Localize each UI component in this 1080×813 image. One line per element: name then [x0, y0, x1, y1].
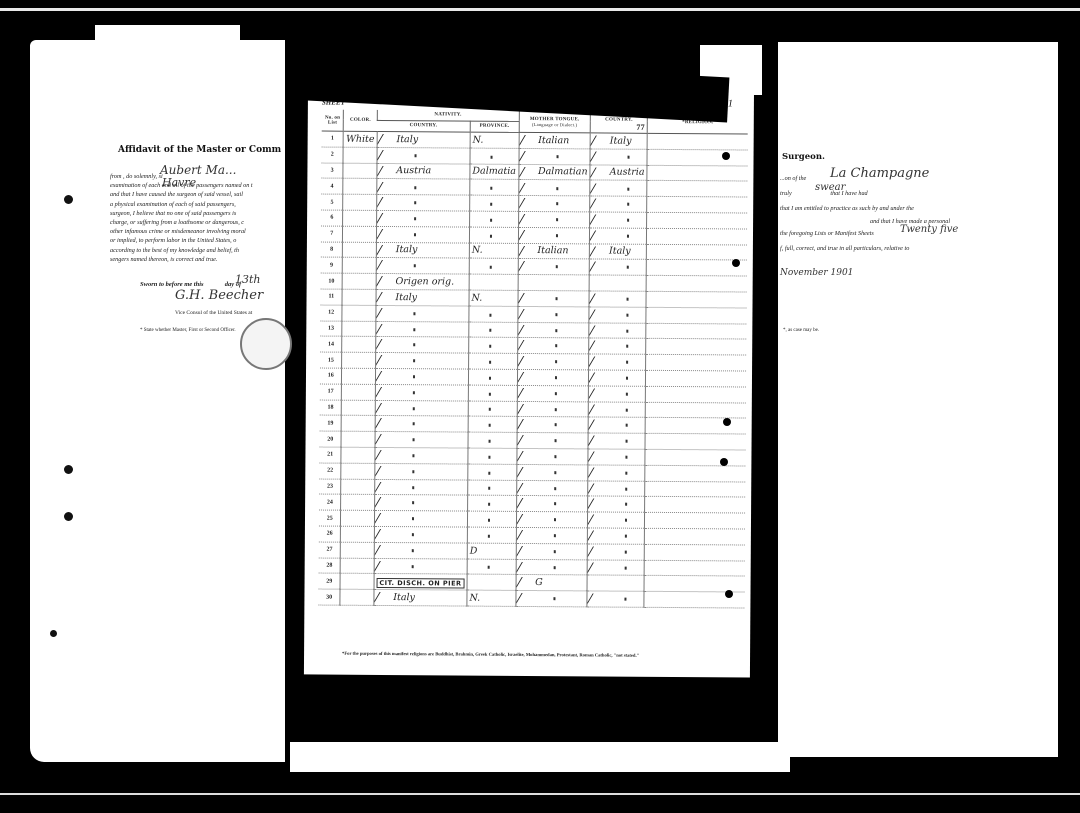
cell-color [343, 273, 376, 289]
cell-color [343, 226, 376, 242]
ditto-tick-icon [590, 183, 607, 194]
cell-country: CIT. DISCH. ON PIER [374, 574, 467, 590]
cell-color [340, 574, 373, 590]
ditto-mark-icon [412, 533, 414, 536]
ditto-tick-icon [375, 355, 392, 366]
ditto-mark-icon [554, 471, 556, 474]
ditto-mark-icon [625, 487, 627, 490]
affidavit-line: a physical examination of each of said p… [110, 200, 285, 209]
cell-religion [646, 370, 747, 386]
handwritten-entry: N. [469, 593, 480, 604]
ditto-mark-icon [413, 312, 415, 315]
ditto-mark-icon [489, 361, 491, 364]
cell-mother-tongue [516, 527, 588, 543]
cell-province [469, 322, 518, 338]
ditto-mark-icon [490, 203, 492, 206]
cell-mother-tongue [516, 496, 588, 512]
ditto-mark-icon [412, 470, 414, 473]
passenger-manifest-sheet: SHEET ARRIVED Nov 23 1901 No. on List CO… [304, 76, 754, 677]
tick-icon [589, 246, 606, 257]
cell-mother-tongue [518, 196, 590, 212]
cell-color [343, 147, 376, 163]
cell-religion [645, 497, 746, 513]
ship-name-handwritten: La Champagne [830, 166, 929, 181]
cell-color [343, 194, 376, 210]
cell-mother-tongue [517, 354, 589, 370]
cell-subject [588, 417, 645, 433]
ditto-mark-icon [626, 456, 628, 459]
ditto-mark-icon [556, 202, 558, 205]
ditto-mark-icon [489, 377, 491, 380]
ditto-mark-icon [414, 186, 416, 189]
cell-color [342, 368, 375, 384]
ditto-mark-icon [625, 535, 627, 538]
ditto-mark-icon [553, 550, 555, 553]
ditto-tick-icon [589, 262, 606, 273]
ditto-mark-icon [490, 219, 492, 222]
col-header-color: COLOR. [344, 110, 378, 132]
cell-religion [646, 244, 747, 260]
ditto-mark-icon [489, 313, 491, 316]
ditto-tick-icon [518, 198, 535, 209]
ditto-tick-icon [588, 530, 605, 541]
cell-province [467, 559, 516, 575]
ditto-mark-icon [627, 266, 629, 269]
cell-province [470, 148, 519, 164]
cell-color [342, 305, 375, 321]
cell-subject [590, 149, 647, 165]
affidavit-title: Affidavit of the Master or Comm [118, 145, 281, 155]
ditto-tick-icon [374, 545, 391, 556]
ditto-mark-icon [554, 487, 556, 490]
row-number: 9 [321, 257, 343, 273]
ditto-mark-icon [554, 424, 556, 427]
ditto-tick-icon [588, 515, 605, 526]
month-handwritten: November 1901 [780, 268, 853, 278]
right-affidavit-page [778, 42, 1058, 757]
cell-province [469, 337, 518, 353]
ditto-mark-icon [554, 455, 556, 458]
ditto-tick-icon [517, 372, 534, 383]
cell-subject [589, 386, 646, 402]
ditto-tick-icon [377, 197, 394, 208]
tick-icon [374, 592, 391, 603]
cell-subject [587, 559, 644, 575]
ditto-mark-icon [554, 518, 556, 521]
row-number: 26 [319, 526, 341, 542]
ditto-tick-icon [587, 546, 604, 557]
ink-dot [722, 152, 730, 160]
cell-country [375, 400, 468, 416]
ditto-tick-icon [375, 466, 392, 477]
cell-mother-tongue [518, 180, 590, 196]
row-number: 25 [319, 510, 341, 526]
cell-religion [646, 323, 747, 339]
cell-subject [588, 465, 645, 481]
affidavit-line: examination of each and all of the passe… [110, 181, 285, 190]
cell-subject [588, 496, 645, 512]
ditto-mark-icon [555, 266, 557, 269]
cell-province [470, 179, 519, 195]
ship-prefix: ...on of the [780, 175, 806, 182]
tick-icon [376, 292, 393, 303]
cell-country [377, 179, 470, 195]
cell-mother-tongue [517, 417, 589, 433]
cell-country: Austria [377, 163, 470, 179]
cell-mother-tongue [517, 433, 589, 449]
ditto-mark-icon [555, 313, 557, 316]
cell-mother-tongue: G [516, 575, 588, 591]
ditto-tick-icon [516, 562, 533, 573]
cell-province [468, 385, 517, 401]
ditto-mark-icon [554, 503, 556, 506]
cell-country [375, 432, 468, 448]
ditto-mark-icon [488, 471, 490, 474]
cell-mother-tongue [518, 275, 590, 291]
cell-subject [587, 575, 644, 591]
ditto-mark-icon [412, 454, 414, 457]
cell-religion [647, 133, 748, 149]
ditto-mark-icon [414, 233, 416, 236]
cell-religion [647, 197, 748, 213]
affidavit-line: charge, or suffering from a loathsome or… [110, 218, 285, 227]
cell-color [341, 510, 374, 526]
cell-country [376, 305, 469, 321]
row-number: 23 [319, 479, 341, 495]
ditto-tick-icon [376, 229, 393, 240]
cell-color [342, 352, 375, 368]
ditto-mark-icon [555, 297, 557, 300]
ditto-tick-icon [588, 436, 605, 447]
ink-dot [725, 590, 733, 598]
ditto-mark-icon [489, 329, 491, 332]
cell-color [340, 589, 373, 605]
row-number: 13 [320, 321, 342, 337]
row-number: 3 [321, 163, 343, 179]
ditto-mark-icon [625, 566, 627, 569]
ditto-tick-icon [589, 325, 606, 336]
cell-province [470, 211, 519, 227]
ditto-mark-icon [412, 565, 414, 568]
row-number: 24 [319, 494, 341, 510]
cell-subject [589, 307, 646, 323]
ditto-mark-icon [554, 439, 556, 442]
ditto-tick-icon [517, 435, 534, 446]
handwritten-entry: Dalmatia [472, 166, 516, 177]
ship-line: ...on of the [780, 175, 806, 182]
cell-religion [644, 544, 745, 560]
swear-handwritten: swear [815, 182, 845, 193]
cell-mother-tongue [516, 559, 588, 575]
ditto-tick-icon [516, 530, 533, 541]
ditto-tick-icon [587, 562, 604, 573]
cell-mother-tongue [518, 211, 590, 227]
cell-color [343, 242, 376, 258]
punch-hole [64, 465, 73, 474]
ditto-mark-icon [553, 597, 555, 600]
row-number: 16 [320, 368, 342, 384]
ditto-tick-icon [374, 529, 391, 540]
cell-color [343, 258, 376, 274]
manifest-table: No. on List COLOR. NATIVITY. MOTHER TONG… [318, 110, 747, 609]
ditto-mark-icon [412, 549, 414, 552]
cell-subject [590, 180, 647, 196]
ditto-mark-icon [554, 392, 556, 395]
cell-province [467, 527, 516, 543]
ditto-mark-icon [489, 424, 491, 427]
cell-province [469, 274, 518, 290]
cell-religion [645, 386, 746, 402]
cell-subject [589, 291, 646, 307]
cell-country [375, 353, 468, 369]
ditto-tick-icon [588, 483, 605, 494]
row-number: 10 [321, 273, 343, 289]
row-number: 22 [319, 463, 341, 479]
ditto-mark-icon [414, 201, 416, 204]
cell-province [468, 448, 517, 464]
ditto-tick-icon [589, 373, 606, 384]
cell-province [469, 353, 518, 369]
affidavit-line: other infamous crime or misdemeanor invo… [110, 227, 285, 236]
cell-religion [646, 291, 747, 307]
handwritten-entry: Italy [609, 246, 631, 257]
ditto-mark-icon [414, 154, 416, 157]
cell-province [467, 511, 516, 527]
handwritten-entry: N. [472, 245, 483, 256]
cell-subject [589, 322, 646, 338]
left-page-torn-edge [95, 25, 240, 45]
cell-country [374, 511, 467, 527]
cell-province: N. [467, 590, 516, 606]
cell-religion [644, 560, 745, 576]
cell-country: Italy [376, 289, 469, 305]
ditto-mark-icon [556, 187, 558, 190]
cell-country [375, 463, 468, 479]
ditto-tick-icon [376, 308, 393, 319]
ditto-tick-icon [588, 404, 605, 415]
ditto-mark-icon [412, 502, 414, 505]
ditto-tick-icon [375, 482, 392, 493]
tick-icon [377, 166, 394, 177]
handwritten-entry: N. [473, 134, 484, 145]
cell-color [342, 400, 375, 416]
cell-country [375, 479, 468, 495]
ditto-mark-icon [628, 156, 630, 159]
cell-religion [647, 228, 748, 244]
ditto-tick-icon [588, 420, 605, 431]
ditto-tick-icon [518, 230, 535, 241]
punch-hole [50, 630, 57, 637]
cell-province [469, 306, 518, 322]
ditto-tick-icon [516, 498, 533, 509]
ditto-mark-icon [626, 329, 628, 332]
cell-religion [647, 149, 748, 165]
ditto-tick-icon [588, 452, 605, 463]
cell-color [343, 210, 376, 226]
cell-color [341, 558, 374, 574]
sheets-line: the foregoing Lists or Manifest Sheets [780, 230, 874, 237]
ditto-tick-icon [516, 467, 533, 478]
cell-country [376, 226, 469, 242]
ditto-mark-icon [489, 345, 491, 348]
ditto-mark-icon [488, 503, 490, 506]
cell-religion [646, 354, 747, 370]
cell-country [374, 558, 467, 574]
affidavit-body: from , do solemnly, si examination of ea… [110, 172, 285, 264]
handwritten-entry: N. [472, 292, 483, 303]
ditto-mark-icon [413, 344, 415, 347]
cell-province [468, 369, 517, 385]
row-number: 30 [318, 589, 340, 605]
cell-country [375, 368, 468, 384]
ditto-tick-icon [587, 594, 604, 605]
cell-province: N. [469, 290, 518, 306]
ditto-mark-icon [627, 314, 629, 317]
handwritten-entry: Austria [610, 167, 645, 178]
bottom-paper-strip [290, 742, 790, 772]
right-footnote: *, as case may be. [783, 328, 819, 333]
cell-subject [589, 259, 646, 275]
handwritten-entry: Italy [610, 135, 632, 146]
affidavit-line: from , do solemnly, si [110, 172, 285, 181]
punch-hole [64, 195, 73, 204]
cell-mother-tongue: Dalmatian [518, 164, 590, 180]
cell-subject [589, 354, 646, 370]
correct-line: f, full, correct, and true in all partic… [780, 245, 909, 252]
ditto-mark-icon [489, 440, 491, 443]
cell-color: White [344, 131, 377, 147]
ditto-tick-icon [518, 293, 535, 304]
ditto-mark-icon [412, 517, 414, 520]
ditto-tick-icon [589, 309, 606, 320]
punch-hole [64, 512, 73, 521]
tick-icon [519, 135, 536, 146]
ditto-tick-icon [374, 513, 391, 524]
cell-province [470, 195, 519, 211]
tick-icon [376, 245, 393, 256]
sworn-text: Sworn to before me this day of [140, 281, 241, 288]
ditto-tick-icon [377, 181, 394, 192]
ink-dot [732, 259, 740, 267]
sheets-count-handwritten: Twenty five [900, 224, 958, 235]
ditto-tick-icon [377, 150, 394, 161]
cell-color [343, 179, 376, 195]
ditto-mark-icon [556, 218, 558, 221]
ditto-mark-icon [412, 438, 414, 441]
cell-province: D [467, 543, 516, 559]
ditto-mark-icon [488, 487, 490, 490]
ditto-tick-icon [376, 260, 393, 271]
ditto-mark-icon [626, 408, 628, 411]
ditto-tick-icon [590, 199, 607, 210]
cell-religion [647, 212, 748, 228]
cell-country [375, 416, 468, 432]
cell-religion [645, 481, 746, 497]
tick-icon [518, 246, 535, 257]
ditto-tick-icon [375, 403, 392, 414]
ditto-mark-icon [555, 360, 557, 363]
ditto-mark-icon [626, 393, 628, 396]
ditto-mark-icon [414, 217, 416, 220]
ditto-tick-icon [589, 341, 606, 352]
ditto-mark-icon [554, 408, 556, 411]
handwritten-entry: Italy [393, 592, 415, 603]
cell-province: N. [469, 243, 518, 259]
ditto-mark-icon [626, 424, 628, 427]
cell-color [341, 463, 374, 479]
ditto-tick-icon [374, 561, 391, 572]
cell-subject [590, 212, 647, 228]
scan-border-top [0, 8, 1080, 11]
ditto-mark-icon [553, 534, 555, 537]
row-number: 7 [321, 226, 343, 242]
row-number: 19 [320, 415, 342, 431]
cell-mother-tongue [515, 591, 587, 607]
ditto-mark-icon [555, 329, 557, 332]
ditto-tick-icon [375, 387, 392, 398]
ditto-tick-icon [590, 230, 607, 241]
sworn-day-handwritten: 13th [235, 273, 261, 286]
ditto-mark-icon [555, 345, 557, 348]
ditto-tick-icon [517, 419, 534, 430]
cell-color [341, 495, 374, 511]
cell-subject [588, 480, 645, 496]
tick-icon [376, 276, 393, 287]
ditto-mark-icon [413, 407, 415, 410]
affidavit-line: and that I have caused the surgeon of sa… [110, 190, 285, 199]
cell-country [376, 321, 469, 337]
cell-country: Italy [374, 590, 467, 606]
cell-province [468, 495, 517, 511]
ditto-mark-icon [627, 219, 629, 222]
cell-mother-tongue: Italian [518, 243, 590, 259]
cell-subject [587, 544, 644, 560]
cell-subject [588, 449, 645, 465]
ditto-mark-icon [553, 566, 555, 569]
ditto-tick-icon [588, 499, 605, 510]
cell-province [468, 416, 517, 432]
cell-mother-tongue [516, 512, 588, 528]
ditto-tick-icon [589, 357, 606, 368]
cell-subject: Austria [590, 165, 647, 181]
scan-border-bottom [0, 793, 1080, 795]
handwritten-entry: D [470, 545, 478, 556]
ditto-mark-icon [626, 377, 628, 380]
cell-religion [646, 275, 747, 291]
row-number: 11 [320, 289, 342, 305]
affidavit-line: according to the best of my knowledge an… [110, 246, 285, 255]
ditto-tick-icon [518, 261, 535, 272]
cell-country [377, 195, 470, 211]
handwritten-entry: Italian [538, 135, 569, 146]
cell-province [468, 401, 517, 417]
row-number: 12 [320, 305, 342, 321]
cell-mother-tongue [518, 290, 590, 306]
cell-province: Dalmatia [470, 164, 519, 180]
cell-color [341, 431, 374, 447]
ditto-tick-icon [517, 340, 534, 351]
cell-mother-tongue: Italian [519, 132, 591, 148]
tick-icon [516, 577, 533, 588]
cell-color [342, 416, 375, 432]
cell-subject [588, 401, 645, 417]
ditto-mark-icon [488, 455, 490, 458]
cell-subject [588, 433, 645, 449]
ditto-mark-icon [556, 234, 558, 237]
ditto-mark-icon [413, 359, 415, 362]
cell-color [341, 479, 374, 495]
ditto-tick-icon [589, 294, 606, 305]
